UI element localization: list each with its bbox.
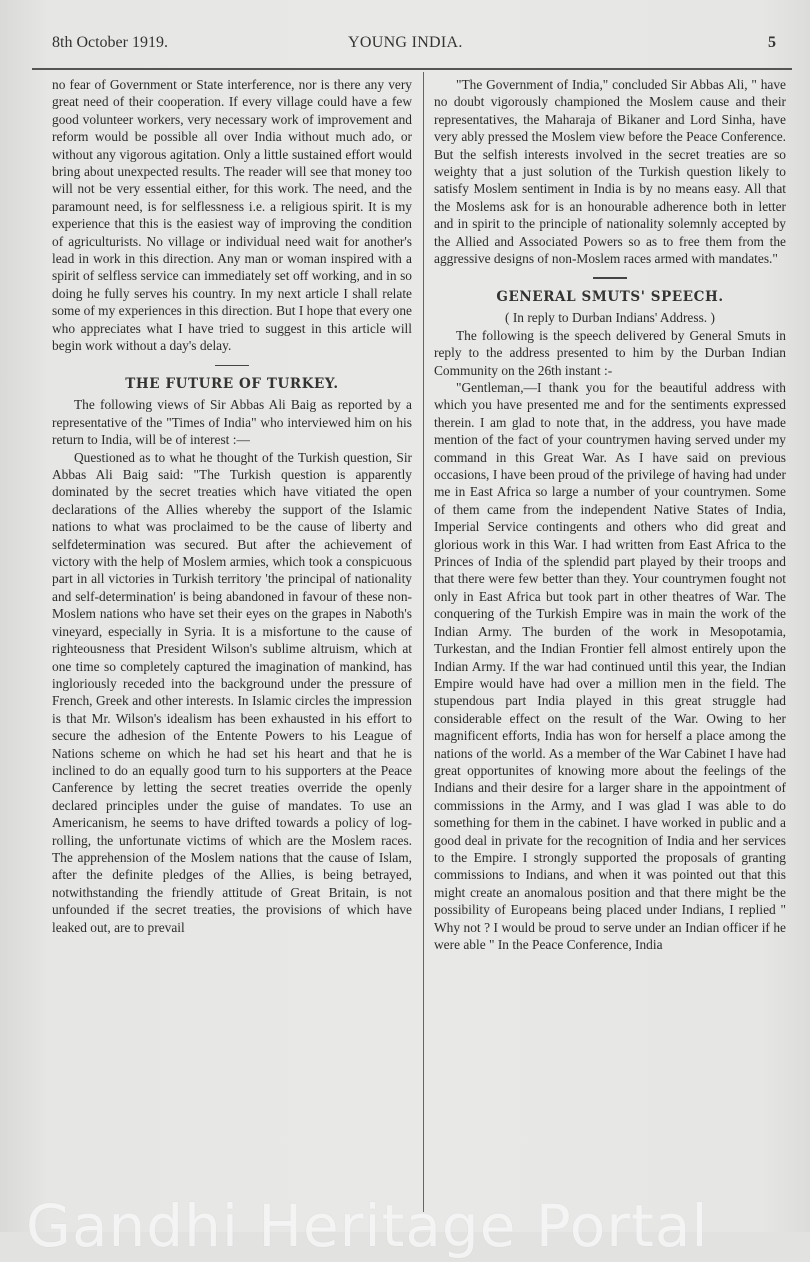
article-body: Questioned as to what he thought of the …: [52, 449, 412, 936]
continued-paragraph: "The Government of India," concluded Sir…: [434, 76, 786, 267]
page-margin-bottom: [0, 1232, 810, 1262]
continued-paragraph: no fear of Government or State interfere…: [52, 76, 412, 355]
section-divider: [215, 365, 249, 367]
article-subheading: ( In reply to Durban Indians' Address. ): [434, 309, 786, 326]
section-divider: [593, 277, 627, 279]
right-column: "The Government of India," concluded Sir…: [434, 76, 786, 953]
page-header: 8th October 1919. YOUNG INDIA. 5: [52, 34, 782, 58]
header-rule: [32, 68, 792, 70]
issue-date: 8th October 1919.: [52, 34, 168, 52]
publication-title: YOUNG INDIA.: [348, 34, 463, 52]
article-intro: The following views of Sir Abbas Ali Bai…: [52, 396, 412, 448]
page-number: 5: [768, 34, 776, 52]
column-divider: [423, 72, 424, 1212]
article-heading: THE FUTURE OF TURKEY.: [52, 376, 412, 393]
article-intro: The following is the speech delivered by…: [434, 327, 786, 379]
article-body: "Gentleman,—I thank you for the beautifu…: [434, 379, 786, 953]
newspaper-page: 8th October 1919. YOUNG INDIA. 5 no fear…: [0, 0, 810, 1262]
article-heading: GENERAL SMUTS' SPEECH.: [434, 289, 786, 306]
left-column: no fear of Government or State interfere…: [52, 76, 412, 936]
article-general-smuts-speech: GENERAL SMUTS' SPEECH. ( In reply to Dur…: [434, 289, 786, 953]
article-future-of-turkey: THE FUTURE OF TURKEY. The following view…: [52, 376, 412, 936]
